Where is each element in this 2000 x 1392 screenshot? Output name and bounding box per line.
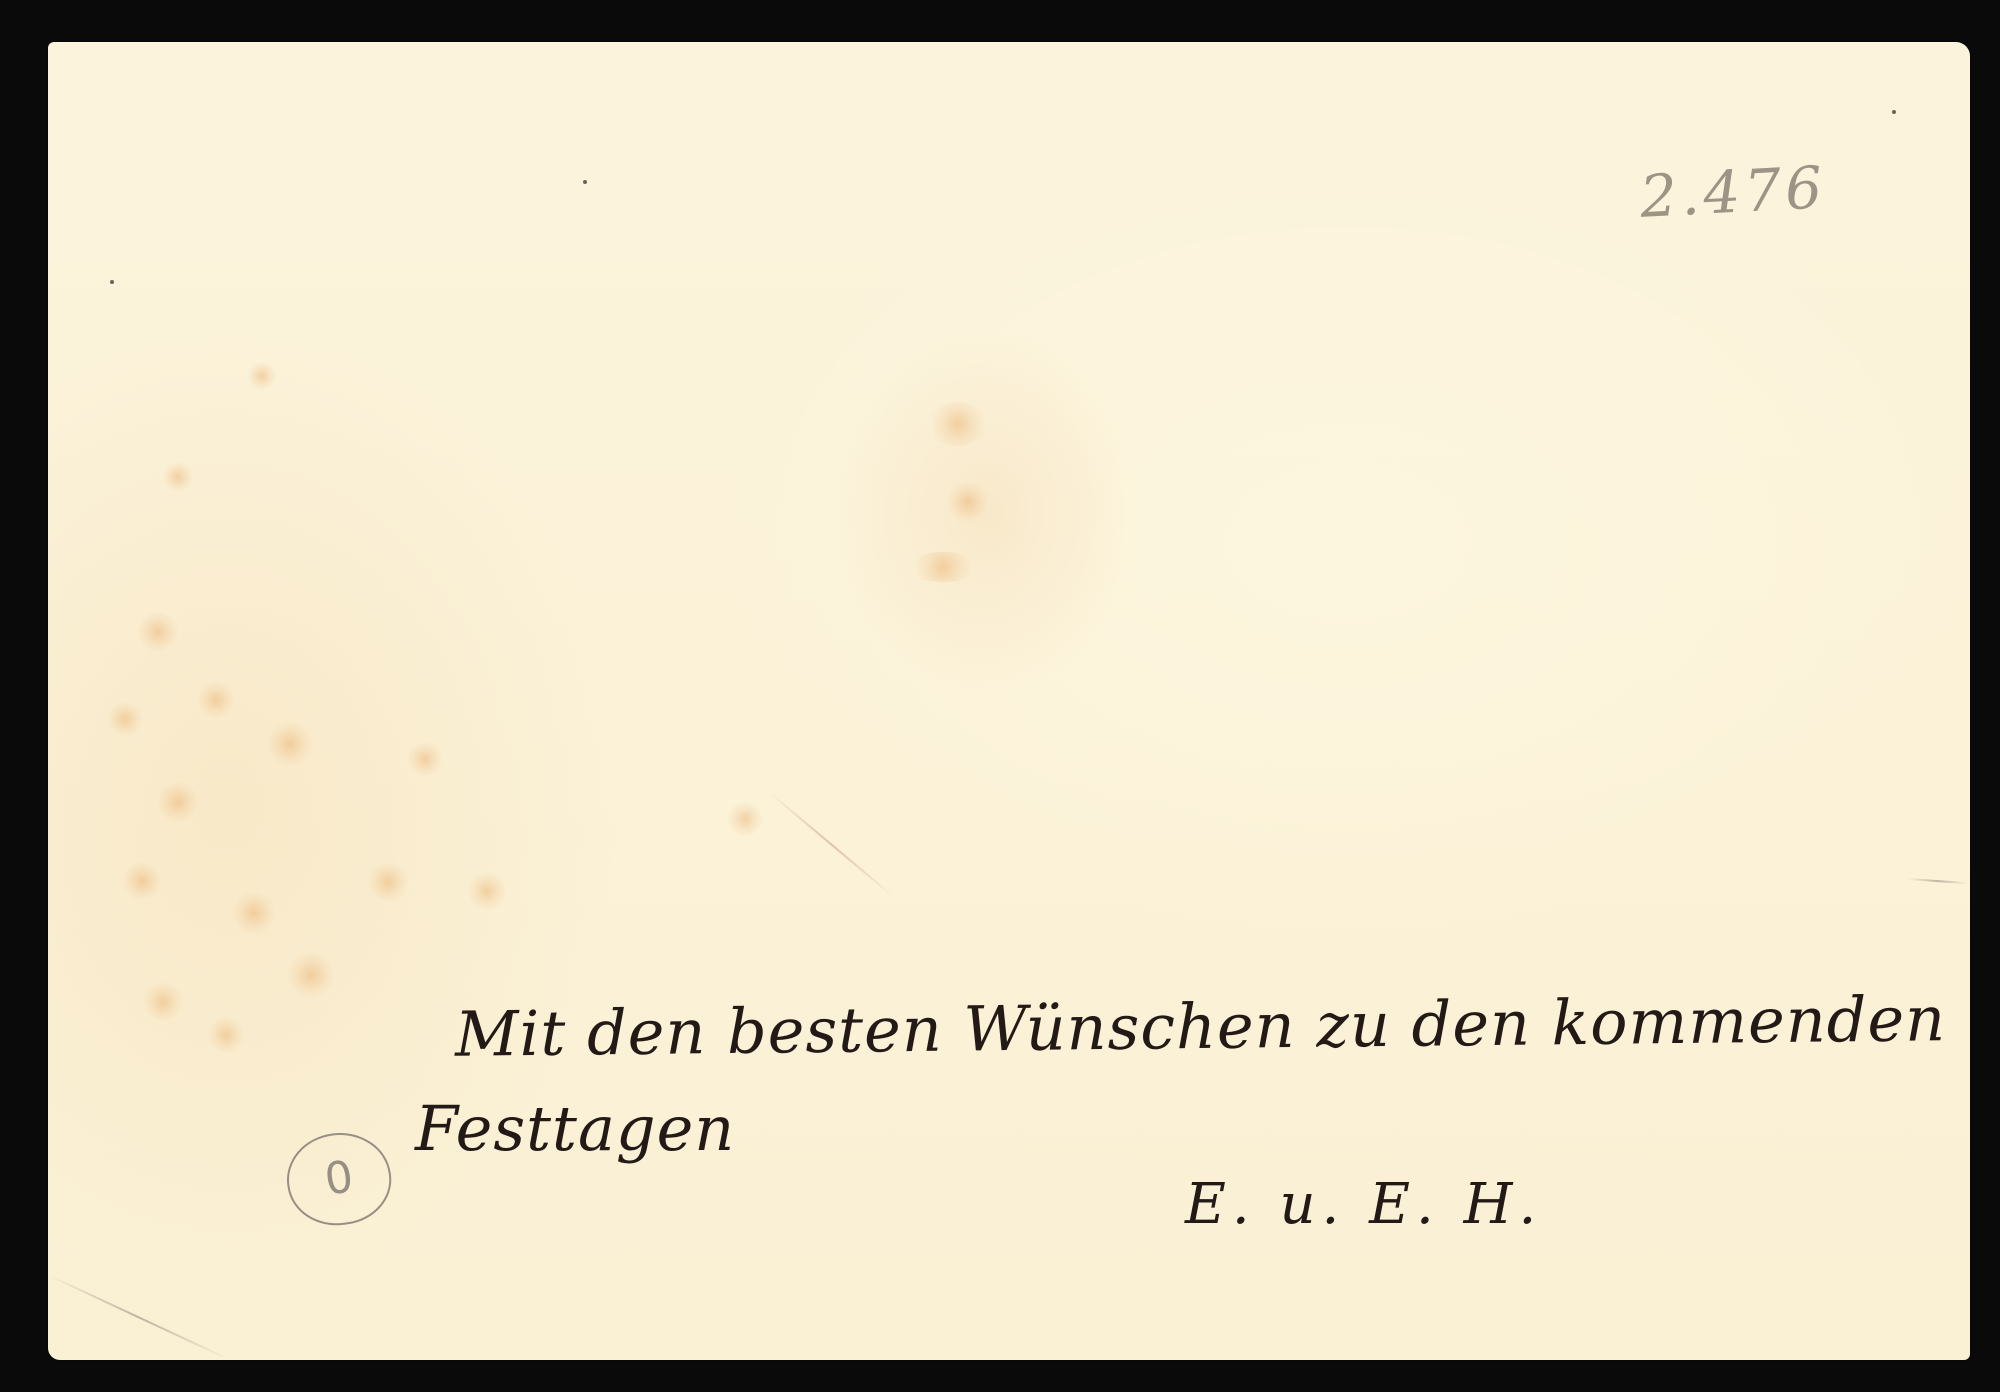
foxing-spot (108, 702, 142, 736)
foxing-spot (138, 612, 178, 652)
greeting-line-1: Mit den besten Wünschen zu den kommenden (455, 982, 1947, 1071)
foxing-spot (123, 862, 161, 900)
dirt-dot (583, 180, 587, 184)
foxing-spot (288, 952, 334, 998)
foxing-spot (948, 482, 988, 522)
circled-mark-label: 0 (322, 1155, 356, 1202)
dirt-dot (110, 280, 114, 284)
foxing-spot (408, 742, 442, 776)
greeting-line-2: Festtagen (415, 1092, 735, 1165)
foxing-spot (163, 462, 193, 492)
foxing-spot (728, 802, 762, 836)
foxing-spot (468, 872, 506, 910)
foxing-spot (198, 682, 234, 718)
foxing-spot (368, 862, 408, 902)
foxing-spot (158, 782, 198, 822)
crease-mark (48, 1274, 230, 1360)
foxing-spot (928, 402, 988, 446)
scan-background: 2.476 Mit den besten Wünschen zu den kom… (0, 0, 2000, 1392)
foxing-spot (208, 1017, 244, 1053)
dirt-dot (1892, 110, 1896, 114)
catalog-number: 2.476 (1638, 153, 1827, 231)
signature-initials: E. u. E. H. (1185, 1172, 1542, 1237)
foxing-spot (268, 722, 312, 766)
foxing-spot (248, 362, 276, 390)
scratch-mark (769, 792, 893, 896)
foxing-spot (143, 982, 183, 1022)
foxing-spot (233, 892, 275, 934)
foxing-spot (908, 552, 978, 582)
crease-mark (1908, 878, 1968, 884)
